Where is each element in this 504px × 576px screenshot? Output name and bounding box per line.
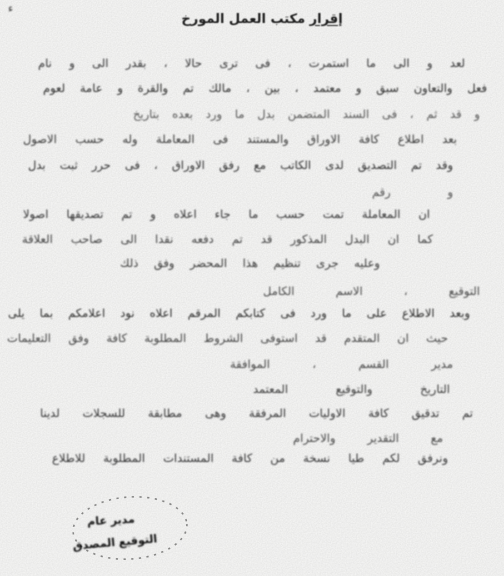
document-line: وقد تم التصديق لدى الكاتب مع رفق الاوراق… <box>28 158 453 174</box>
document-line: وعليه جرى تنظيم هذا المحضر وفق ذلك <box>120 256 380 272</box>
title-rest: مكتب العمل المورخ <box>181 12 305 27</box>
document-line: مع التقدير والاحترام <box>293 431 443 447</box>
document-line: و رقم <box>372 185 453 201</box>
document-line: تم تدقيق كافة الاوليات المرفقة وهى مطابق… <box>40 406 473 422</box>
document-line: ونرفق لكم طيا نسخة من كافة المستندات الم… <box>52 451 448 467</box>
document-line: لعد و الى ما استمرت ، فى ترى حالا ، بقدر… <box>38 56 465 72</box>
stamp-seal: مدير عام التوقيع المصدق <box>58 492 198 566</box>
document-line: وبعد الاطلاع على ما ورد فى كتابكم المرقم… <box>8 306 470 322</box>
scanned-document-page: ء إقرار مكتب العمل المورخ لعد و الى ما ا… <box>0 0 504 576</box>
document-line: التاريخ والتوقيع المعتمد <box>253 382 450 398</box>
document-line: حيث ان المتقدم قد استوفى الشروط المطلوبة… <box>7 331 448 347</box>
title-underlined-word: إقرار <box>310 12 343 27</box>
stamp-ring-icon <box>58 492 198 566</box>
document-line: التوقيع ، الاسم الكامل <box>263 284 480 300</box>
document-line: كما ان البدل المذكور قد تم دفعه نقدا الى… <box>22 232 433 248</box>
document-line: ان المعاملة تمت حسب ما جاء اعلاه و تم تص… <box>23 207 430 223</box>
document-line: بعد اطلاع كافة الاوراق والمستند فى المعا… <box>23 132 457 148</box>
document-title: إقرار مكتب العمل المورخ <box>162 12 362 27</box>
document-line: و قد ثم ، فى السند المتضمن بدل ما ورد بع… <box>133 107 480 123</box>
document-line: مدير القسم ، الموافقة <box>230 357 453 373</box>
corner-ink-mark: ء <box>8 2 13 15</box>
document-line: فعل والتعاون سبق و معتمد ، بين ، مالك تم… <box>43 81 487 97</box>
